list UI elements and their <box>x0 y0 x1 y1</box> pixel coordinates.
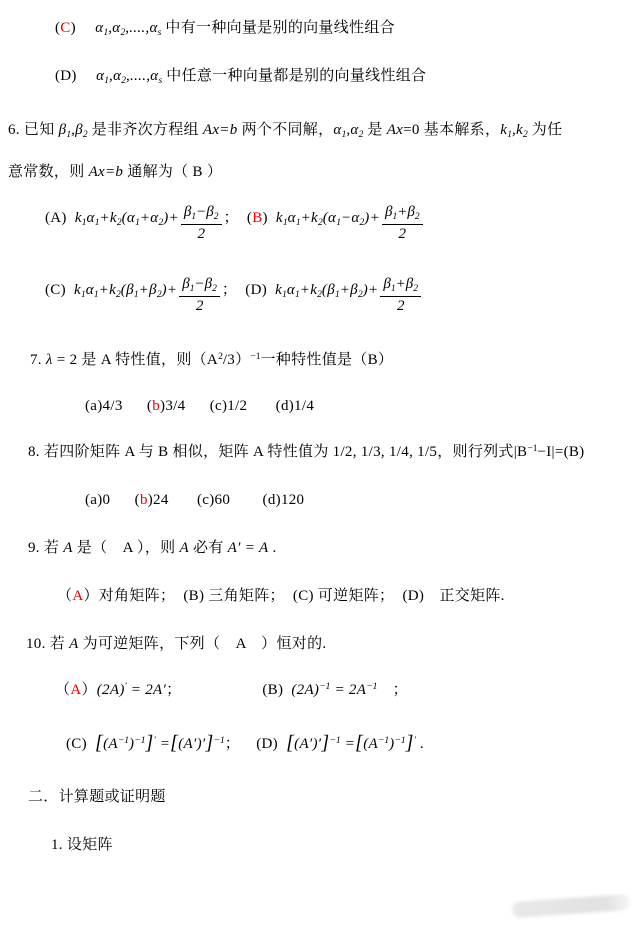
q5-option-d: (D) α1,α2,....,αs 中任意一种向量都是别的向量线性组合 <box>55 66 426 88</box>
q7-stem: 7. λ = 2 是 A 特性值，则（A2/3）−1一种特性值是（B） <box>30 350 393 370</box>
section2-heading: 二．计算题或证明题 <box>28 787 166 807</box>
q9-stem: 9. 若 A 是（ A ），则 A 必有 A′ = A . <box>28 538 277 558</box>
q10-options-ab: （A）(2A)′ = 2A′； (B) (2A)−1 = 2A−1 ； <box>55 680 408 700</box>
q6-options-ab: (A) k1α1+k2(α1+α2)+β1−β22； (B) k1α1+k2(α… <box>45 204 425 243</box>
q10-options-cd: (C) [(A−1)−1]′ =[(A′)′]−1； (D) [(A′)′]−1… <box>66 730 424 757</box>
q6-stem-line2: 意常数，则 Ax=b 通解为（ B ） <box>8 162 222 182</box>
q7-options: (a)4/3 (b)3/4 (c)1/2 (d)1/4 <box>85 396 314 416</box>
q8-stem: 8. 若四阶矩阵 A 与 B 相似，矩阵 A 特性值为 1/2, 1/3, 1/… <box>28 442 584 462</box>
watermark <box>512 894 631 918</box>
q8-options: (a)0 (b)24 (c)60 (d)120 <box>85 490 304 510</box>
q5-option-c: (C) α1,α2,....,αs 中有一种向量是别的向量线性组合 <box>55 18 395 40</box>
q10-stem: 10. 若 A 为可逆矩阵，下列（ A ）恒对的. <box>26 634 326 654</box>
document-page: { "palette": { "background": "#ffffff", … <box>0 0 635 925</box>
q6-stem-line1: 6. 已知 β1,β2 是非齐次方程组 Ax=b 两个不同解，α1,α2 是 A… <box>8 120 562 142</box>
q6-options-cd: (C) k1α1+k2(β1+β2)+β1−β22； (D) k1α1+k2(β… <box>45 276 423 315</box>
q9-options: （A）对角矩阵； (B) 三角矩阵； (C) 可逆矩阵； (D) 正交矩阵. <box>57 586 505 606</box>
section2-item1: 1. 设矩阵 <box>51 835 113 855</box>
